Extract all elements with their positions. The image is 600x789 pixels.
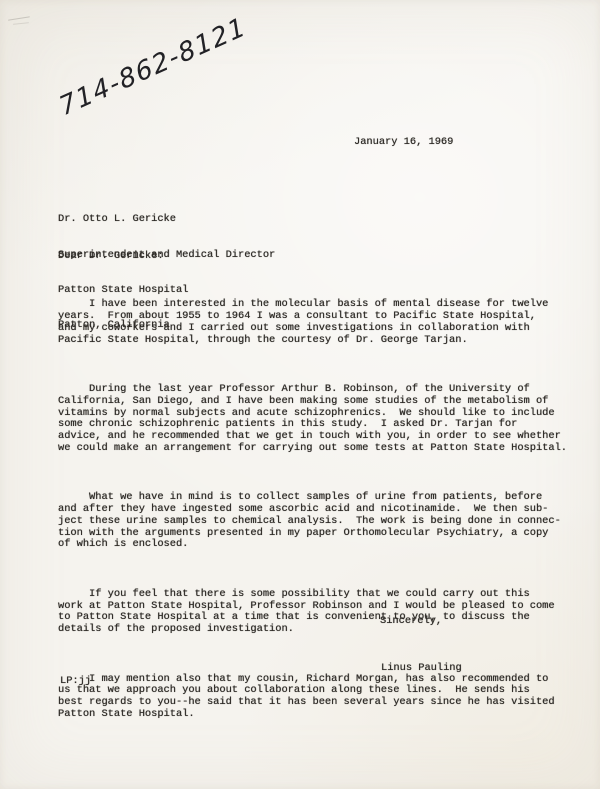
closing-line: Sincerely, (380, 616, 442, 628)
recipient-name: Dr. Otto L. Gericke (58, 214, 275, 226)
handwritten-phone-number: 714-862-8121 (59, 21, 248, 114)
signature-typed-name: Linus Pauling (381, 663, 462, 675)
paragraph-1: I have been interested in the molecular … (58, 299, 573, 346)
pencil-smudge-mark (8, 16, 30, 21)
paragraph-2: During the last year Professor Arthur B.… (58, 384, 573, 454)
paragraph-3: What we have in mind is to collect sampl… (58, 492, 573, 551)
letter-body: I have been interested in the molecular … (58, 276, 573, 759)
paragraph-4: If you feel that there is some possibili… (58, 589, 573, 636)
salutation: Dear Dr. Gericke: (58, 251, 164, 263)
scanned-letter-page: 714-862-8121 January 16, 1969 Dr. Otto L… (0, 0, 600, 789)
letter-date: January 16, 1969 (354, 137, 453, 149)
typist-initials: LP:jj (60, 676, 91, 688)
pencil-smudge-mark (13, 22, 29, 25)
paragraph-5: I may mention also that my cousin, Richa… (58, 674, 573, 721)
